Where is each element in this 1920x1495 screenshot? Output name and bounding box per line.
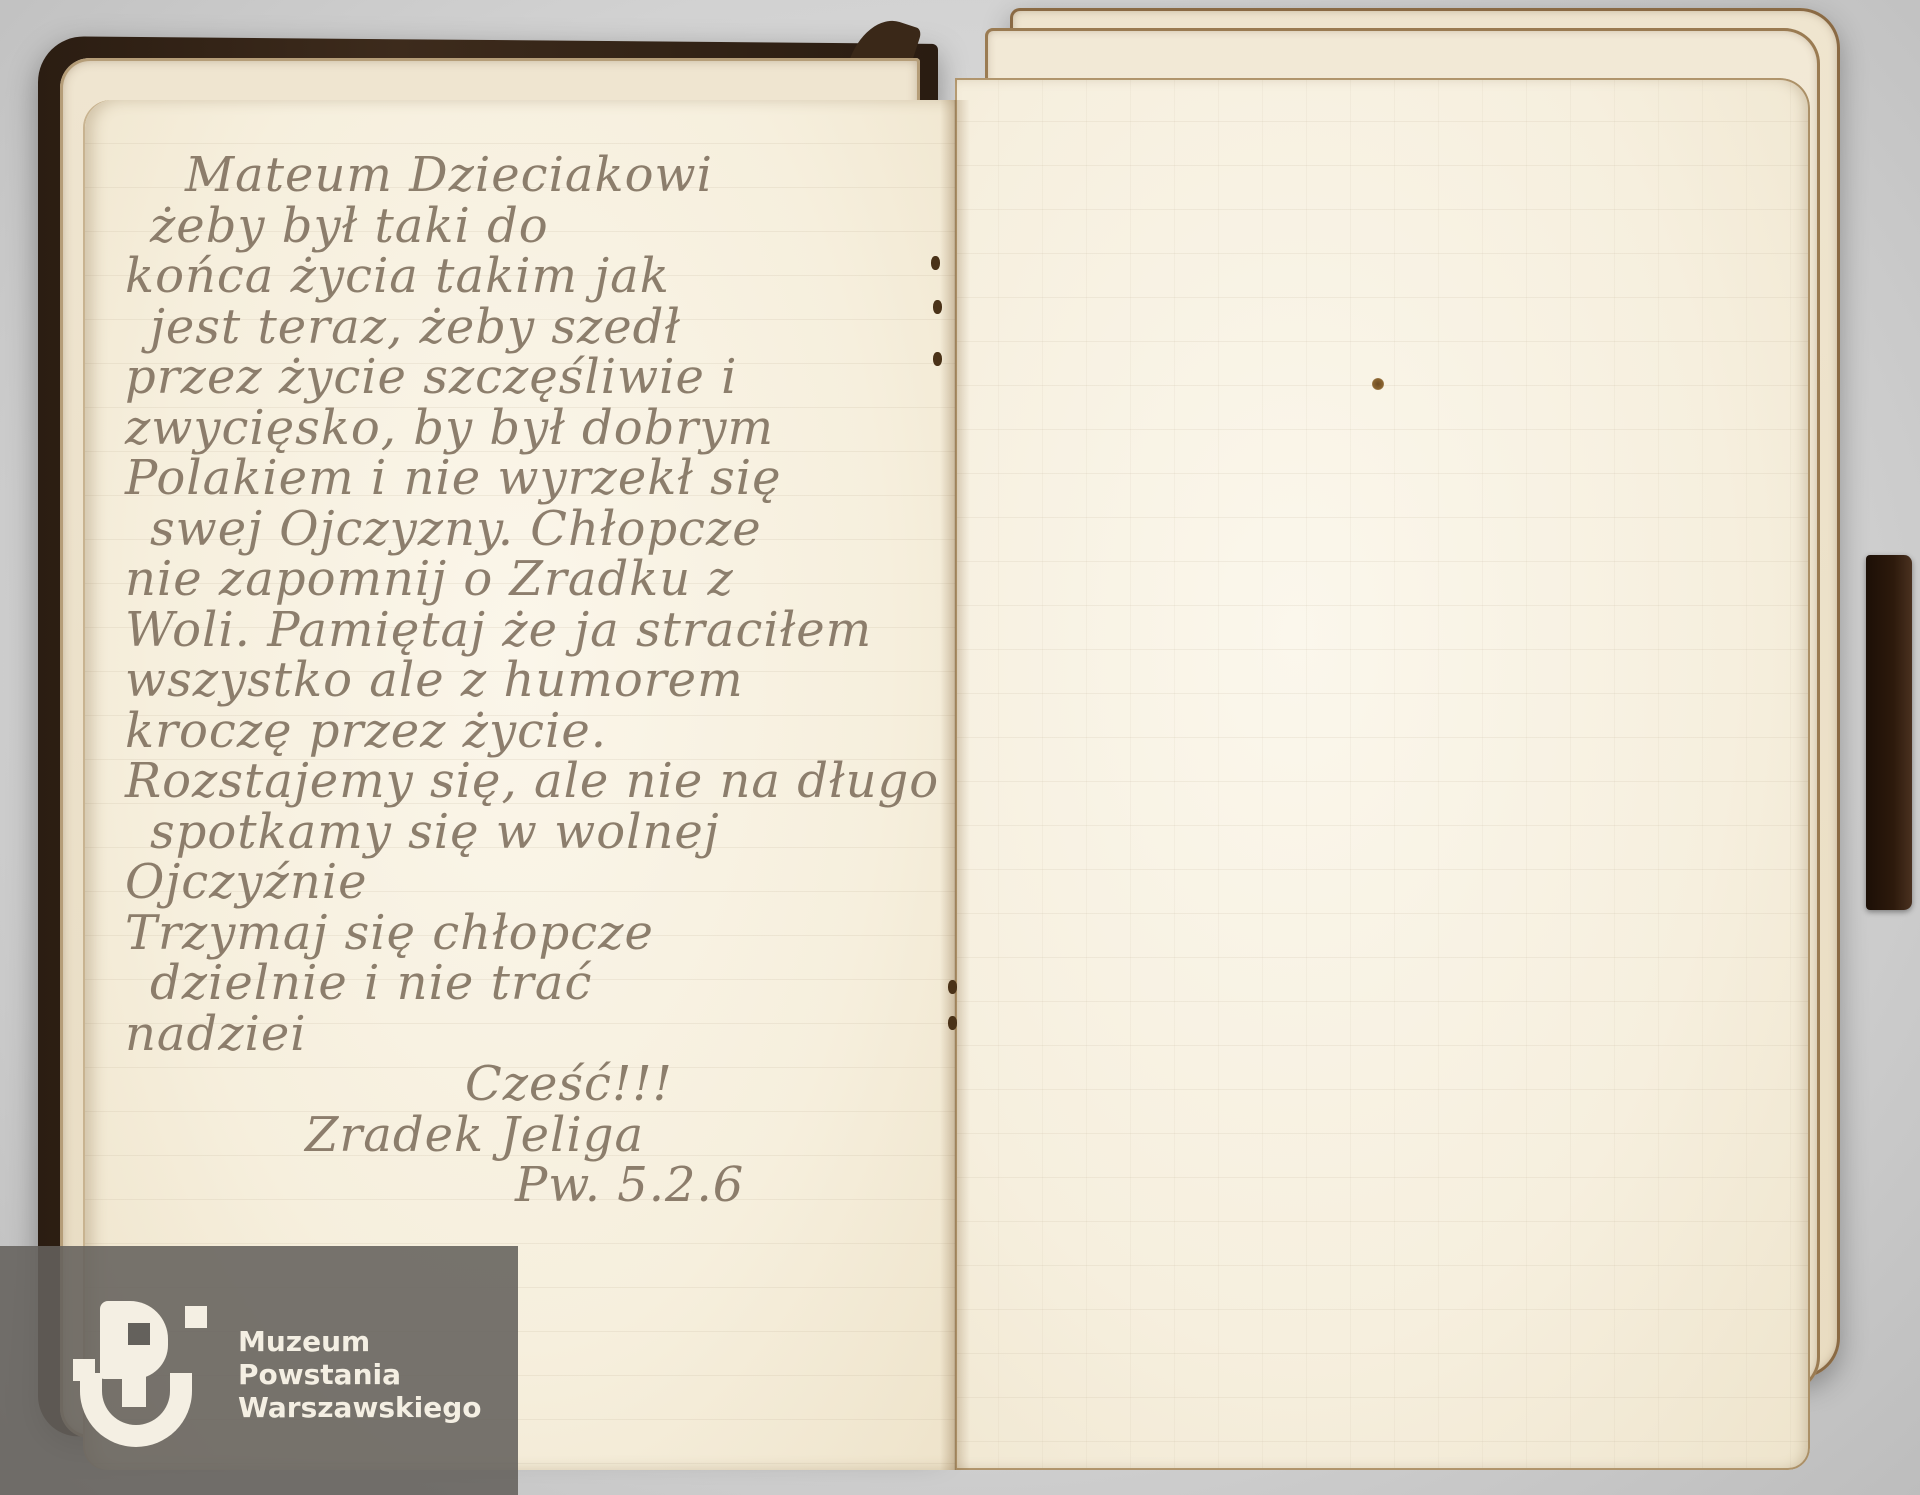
- handwriting-line: wszystko ale z humorem: [125, 655, 945, 706]
- handwriting-line: nie zapomnij o Zradku z: [125, 554, 945, 605]
- right-page: [955, 78, 1810, 1470]
- museum-name-line3: Warszawskiego: [238, 1391, 481, 1424]
- handwriting-note: Pw. 5.2.6: [125, 1160, 945, 1211]
- kotwica-anchor-icon: [70, 1301, 220, 1451]
- handwriting-line: jest teraz, żeby szedł: [125, 302, 945, 353]
- handwriting-line: Trzymaj się chłopcze: [125, 908, 945, 959]
- notebook-photo: Mateum Dzieciakowi żeby był taki do końc…: [0, 0, 1920, 1495]
- handwriting-line: Woli. Pamiętaj że ja straciłem: [125, 605, 945, 656]
- museum-watermark: Muzeum Powstania Warszawskiego: [0, 1246, 518, 1495]
- museum-name-line2: Powstania: [238, 1358, 481, 1391]
- bookmark-tab: [1866, 555, 1912, 910]
- handwriting-line: końca życia takim jak: [125, 251, 945, 302]
- handwriting-line: nadziei: [125, 1009, 945, 1060]
- museum-name: Muzeum Powstania Warszawskiego: [238, 1325, 481, 1424]
- handwriting-line: Ojczyźnie: [125, 857, 945, 908]
- handwriting-signature: Zradek Jeliga: [125, 1110, 945, 1161]
- handwriting-line: dzielnie i nie trać: [125, 958, 945, 1009]
- museum-name-line1: Muzeum: [238, 1325, 481, 1358]
- handwriting-line: przez życie szczęśliwie i: [125, 352, 945, 403]
- handwriting-line: Polakiem i nie wyrzekł się: [125, 453, 945, 504]
- foxing-spot: [1372, 378, 1384, 390]
- handwriting-line: Rozstajemy się, ale nie na długo: [125, 756, 945, 807]
- handwritten-dedication: Mateum Dzieciakowi żeby był taki do końc…: [125, 150, 945, 1211]
- handwriting-line: zwycięsko, by był dobrym: [125, 403, 945, 454]
- handwriting-line: kroczę przez życie.: [125, 706, 945, 757]
- handwriting-line: Mateum Dzieciakowi: [125, 150, 945, 201]
- binding-stitch: [948, 1016, 957, 1030]
- binding-stitch: [948, 980, 957, 994]
- handwriting-line: swej Ojczyzny. Chłopcze: [125, 504, 945, 555]
- handwriting-line: spotkamy się w wolnej: [125, 807, 945, 858]
- handwriting-signoff: Cześć!!!: [125, 1059, 945, 1110]
- handwriting-line: żeby był taki do: [125, 201, 945, 252]
